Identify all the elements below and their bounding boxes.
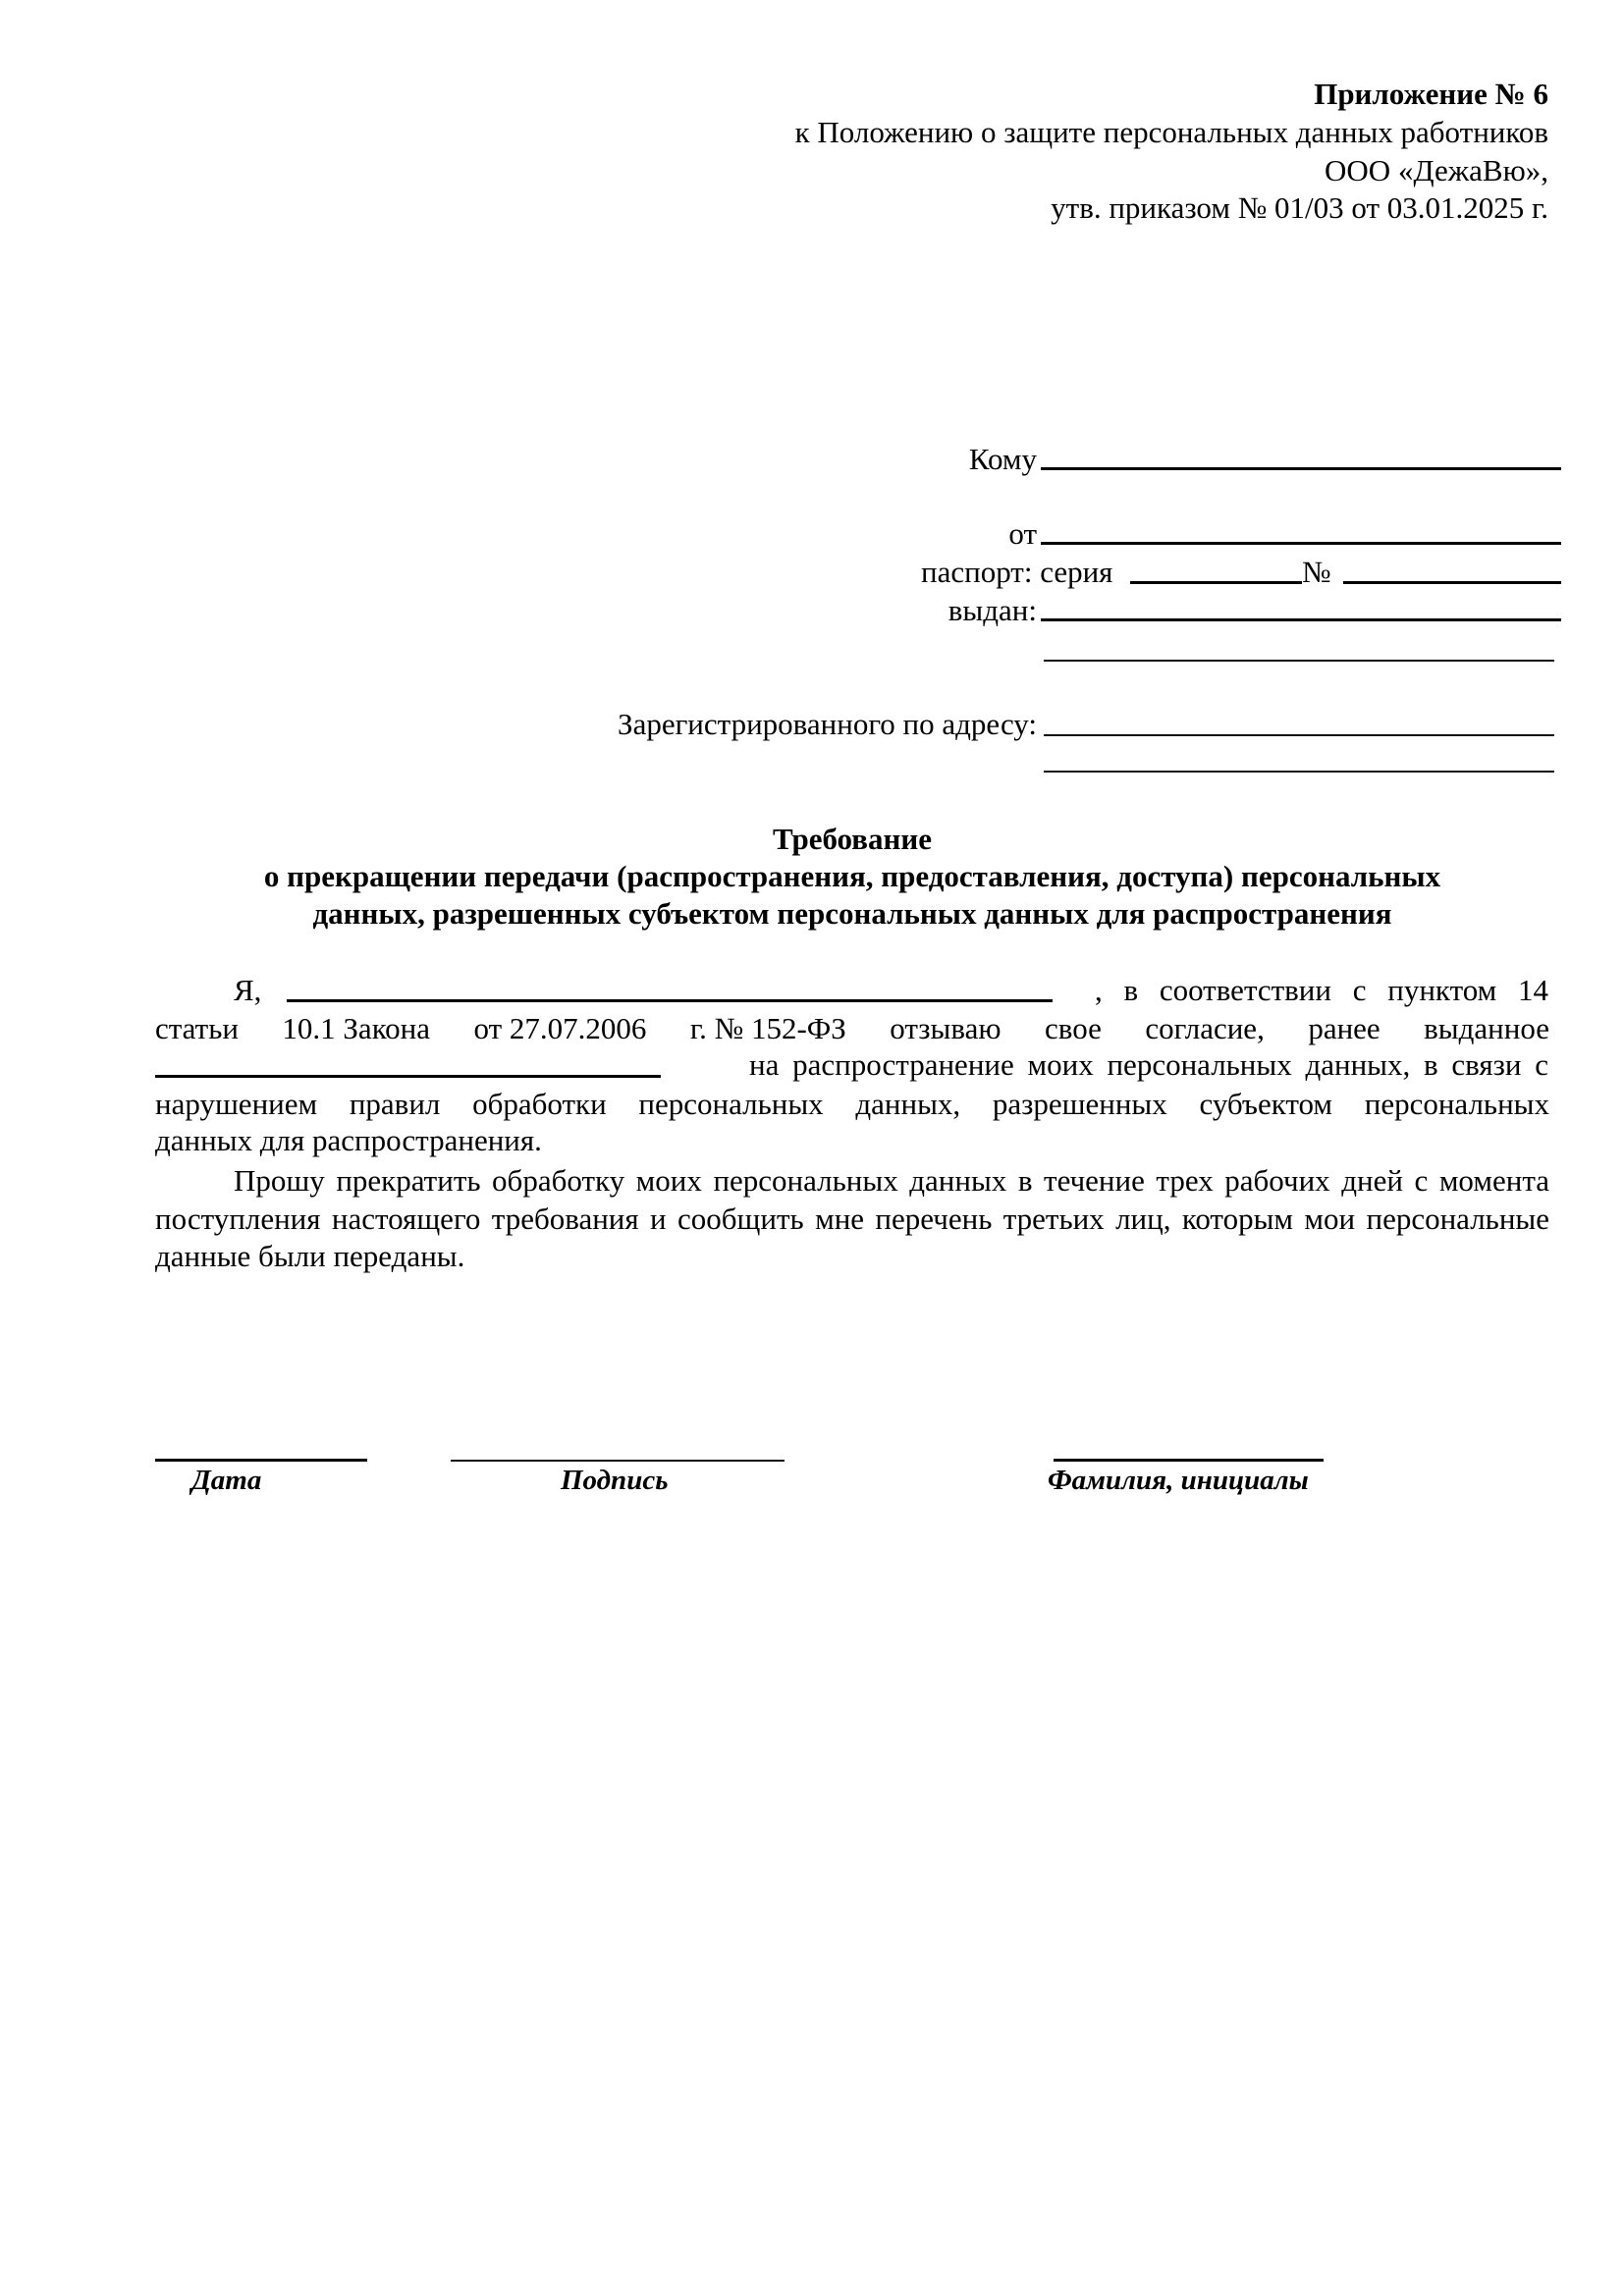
consent-recipient-field[interactable] <box>155 1075 661 1078</box>
issued-field-continued[interactable] <box>1044 660 1554 662</box>
issued-field[interactable] <box>1041 618 1561 621</box>
to-label: Кому <box>969 442 1037 477</box>
document-subtitle-line-1: о прекращении передачи (распространения,… <box>155 858 1549 895</box>
p1-line2: статьи 10.1 Закона от 27.07.2006 г. № 15… <box>155 1010 1549 1047</box>
passport-number-field[interactable] <box>1343 581 1561 584</box>
word: отзываю <box>890 1010 1001 1047</box>
date-caption: Дата <box>191 1465 261 1497</box>
word: ранее <box>1308 1010 1380 1047</box>
registered-address-label: Зарегистрированного по адресу: <box>618 707 1037 742</box>
from-field[interactable] <box>1041 542 1561 545</box>
i-label: Я, <box>234 973 261 1008</box>
word: 10.1 Закона <box>282 1010 430 1047</box>
passport-series-label: паспорт: серия <box>921 555 1112 590</box>
p1-line5: данных для распространения. <box>155 1123 542 1158</box>
p1-line4: нарушением правил обработки персональных… <box>155 1086 1549 1124</box>
p1-line3-tail: на распространение моих персональных дан… <box>749 1047 1548 1083</box>
registered-address-field-continued[interactable] <box>1044 771 1554 773</box>
appendix-number: Приложение № 6 <box>1314 77 1548 112</box>
from-label: от <box>1008 516 1037 552</box>
name-caption: Фамилия, инициалы <box>1048 1465 1309 1497</box>
word: г. № 152-ФЗ <box>690 1010 846 1047</box>
word: от 27.07.2006 <box>474 1010 647 1047</box>
word: свое <box>1045 1010 1102 1047</box>
p1-line1-tail: , в соответствии с пунктом 14 <box>1095 973 1548 1008</box>
paragraph-request: Прошу прекратить обработку моих персонал… <box>155 1162 1549 1276</box>
word: статьи <box>155 1010 239 1047</box>
signature-caption: Подпись <box>561 1465 668 1497</box>
issued-label: выдан: <box>948 593 1037 628</box>
document-subtitle-line-2: данных, разрешенных субъектом персональн… <box>155 895 1549 933</box>
word: выданное <box>1424 1010 1549 1047</box>
header-line-2: ООО «ДежаВю», <box>1325 153 1548 188</box>
signature-field[interactable] <box>451 1460 785 1462</box>
passport-number-label: № <box>1302 555 1331 590</box>
to-field[interactable] <box>1041 467 1561 470</box>
date-field[interactable] <box>155 1459 367 1462</box>
document-page: Приложение № 6 к Положению о защите перс… <box>0 0 1624 2296</box>
passport-series-field[interactable] <box>1130 581 1302 584</box>
word: согласие, <box>1145 1010 1265 1047</box>
name-field[interactable] <box>1054 1459 1324 1462</box>
header-line-1: к Положению о защите персональных данных… <box>795 115 1548 150</box>
document-title: Требование <box>155 821 1549 858</box>
full-name-field[interactable] <box>287 999 1053 1002</box>
registered-address-field[interactable] <box>1044 734 1554 736</box>
header-line-3: утв. приказом № 01/03 от 03.01.2025 г. <box>1051 190 1548 226</box>
